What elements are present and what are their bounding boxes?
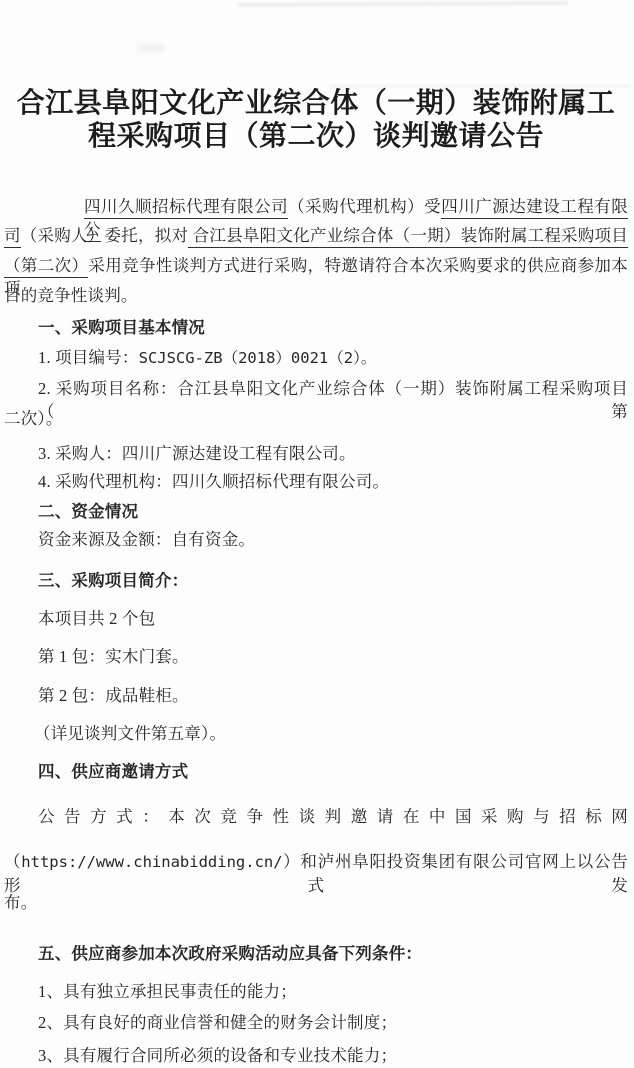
supplier-condition-3: 3、具有履行合同所必须的设备和专业技术能力； — [4, 1044, 628, 1067]
section2-heading: 二、资金情况 — [4, 500, 628, 523]
announcement-method-line-3: 布。 — [4, 891, 628, 914]
paren-open: （ — [4, 852, 21, 871]
supplier-condition-1: 1、具有独立承担民事责任的能力； — [4, 980, 628, 1003]
intro-paragraph-line-4: 目的竞争性谈判。 — [4, 284, 628, 307]
announcement-title-line-1: 合江县阜阳文化产业综合体（一期）装饰附属工 — [4, 88, 628, 120]
package-count-line: 本项目共 2 个包 — [4, 607, 628, 630]
section3-heading: 三、采购项目简介： — [4, 569, 628, 592]
intro-text: （采购代理机构）受 — [288, 197, 441, 216]
funding-source-line: 资金来源及金额：自有资金。 — [4, 528, 628, 551]
section4-heading: 四、供应商邀请方式 — [4, 760, 628, 783]
project-number-value: SCJSCG-ZB（2018）0021（2）。 — [139, 349, 377, 367]
intro-paragraph-line-2: 司（采购人）委托，拟对 合江县阜阳文化产业综合体（一期）装饰附属工程采购项目 — [4, 224, 628, 247]
scanned-document-page: 合江县阜阳文化产业综合体（一期）装饰附属工 程采购项目（第二次）谈判邀请公告 四… — [0, 0, 634, 1068]
section1-heading: 一、采购项目基本情况 — [4, 316, 628, 339]
supplier-condition-2: 2、具有良好的商业信誉和健全的财务会计制度； — [4, 1011, 628, 1034]
see-chapter-note-line: （详见谈判文件第五章）。 — [4, 722, 628, 745]
intro-text: （采购人）委托，拟对 — [21, 226, 188, 245]
project-name-underlined-part1: 合江县阜阳文化产业综合体（一期）装饰附属工程采购项目 — [188, 226, 628, 248]
agency-line: 4. 采购代理机构：四川久顺招标代理有限公司。 — [4, 470, 628, 493]
purchaser-line: 3. 采购人：四川广源达建设工程有限公司。 — [4, 442, 628, 465]
announcement-title-line-2: 程采购项目（第二次）谈判邀请公告 — [4, 121, 628, 153]
purchaser-name-underlined-part2: 司 — [4, 226, 21, 248]
document-content: 合江县阜阳文化产业综合体（一期）装饰附属工 程采购项目（第二次）谈判邀请公告 四… — [4, 0, 628, 1068]
project-number-label: 1. 项目编号： — [38, 348, 139, 367]
package-2-line: 第 2 包：成品鞋柜。 — [4, 684, 628, 707]
project-number-line: 1. 项目编号：SCJSCG-ZB（2018）0021（2）。 — [4, 346, 628, 370]
chinabidding-url-text: https://www.chinabidding.cn/ — [21, 853, 282, 871]
announcement-method-line-2: （https://www.chinabidding.cn/）和泸州阜阳投资集团有… — [4, 850, 628, 897]
package-1-line: 第 1 包：实木门套。 — [4, 645, 628, 668]
project-name-line-2: 二次）。 — [4, 407, 628, 430]
agency-name-underlined: 四川久顺招标代理有限公司 — [84, 197, 288, 219]
section5-heading: 五、供应商参加本次政府采购活动应具备下列条件： — [4, 942, 628, 965]
project-name-underlined-part2: （第二次） — [4, 256, 88, 278]
announcement-method-line-1: 公告方式：本次竞争性谈判邀请在中国采购与招标网 — [4, 805, 628, 828]
